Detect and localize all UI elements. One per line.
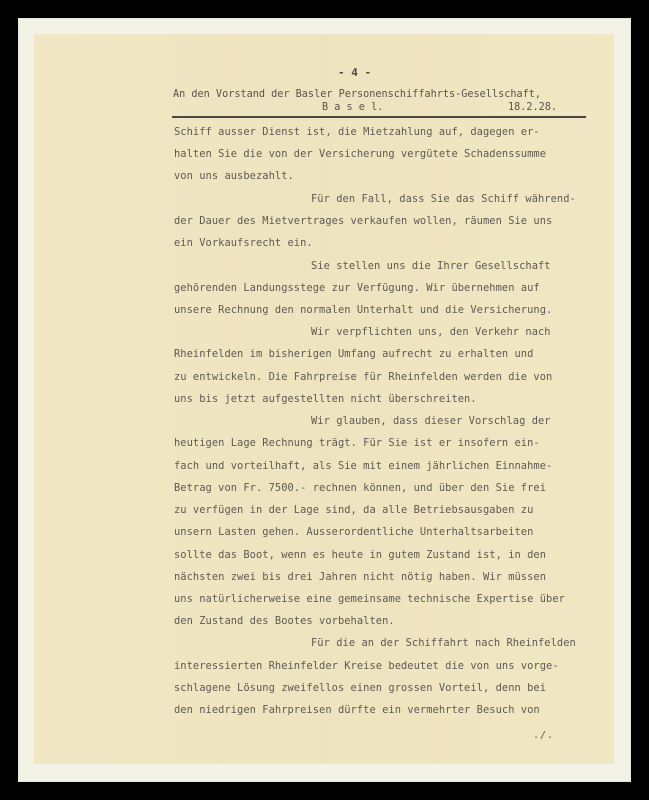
body-line: Für die an der Schiffahrt nach Rheinfeld… bbox=[311, 637, 576, 649]
body-line: Rheinfelden im bisherigen Umfang aufrech… bbox=[174, 348, 533, 360]
body-line: sollte das Boot, wenn es heute in gutem … bbox=[174, 549, 546, 561]
body-line: unsere Rechnung den normalen Unterhalt u… bbox=[174, 304, 552, 316]
body-line: uns bis jetzt aufgestellten nicht übersc… bbox=[174, 393, 477, 405]
body-line: den Zustand des Bootes vorbehalten. bbox=[174, 615, 395, 627]
continuation-mark: ./. bbox=[533, 730, 554, 741]
header-underline bbox=[172, 116, 586, 118]
header-recipient: An den Vorstand der Basler Personenschif… bbox=[173, 89, 541, 100]
body-line: fach und vorteilhaft, als Sie mit einem … bbox=[174, 460, 552, 472]
body-line: Betrag von Fr. 7500.- rechnen können, un… bbox=[174, 482, 546, 494]
body-line: zu entwickeln. Die Fahrpreise für Rheinf… bbox=[174, 371, 552, 383]
body-line: schlagene Lösung zweifellos einen grosse… bbox=[174, 682, 546, 694]
body-line: Wir glauben, dass dieser Vorschlag der bbox=[311, 415, 551, 427]
body-line: Sie stellen uns die Ihrer Gesellschaft bbox=[311, 260, 551, 272]
body-line: der Dauer des Mietvertrages verkaufen wo… bbox=[174, 215, 552, 227]
body-line: Für den Fall, dass Sie das Schiff währen… bbox=[311, 193, 576, 205]
page-number: - 4 - bbox=[338, 66, 371, 79]
body-line: ein Vorkaufsrecht ein. bbox=[174, 237, 313, 249]
body-line: von uns ausbezahlt. bbox=[174, 170, 294, 182]
header-date: 18.2.28. bbox=[508, 102, 557, 113]
body-line: Wir verpflichten uns, den Verkehr nach bbox=[311, 326, 551, 338]
header-city: B a s e l. bbox=[322, 102, 383, 113]
body-line: den niedrigen Fahrpreisen dürfte ein ver… bbox=[174, 704, 540, 716]
body-line: zu verfügen in der Lage sind, da alle Be… bbox=[174, 504, 533, 516]
body-line: gehörenden Landungsstege zur Verfügung. … bbox=[174, 282, 540, 294]
body-line: uns natürlicherweise eine gemeinsame tec… bbox=[174, 593, 565, 605]
body-line: interessierten Rheinfelder Kreise bedeut… bbox=[174, 660, 559, 672]
body-line: heutigen Lage Rechnung trägt. Für Sie is… bbox=[174, 437, 540, 449]
body-line: nächsten zwei bis drei Jahren nicht nöti… bbox=[174, 571, 546, 583]
body-line: halten Sie die von der Versicherung verg… bbox=[174, 148, 546, 160]
body-line: unsern Lasten gehen. Ausserordentliche U… bbox=[174, 526, 533, 538]
body-line: Schiff ausser Dienst ist, die Mietzahlun… bbox=[174, 126, 540, 138]
